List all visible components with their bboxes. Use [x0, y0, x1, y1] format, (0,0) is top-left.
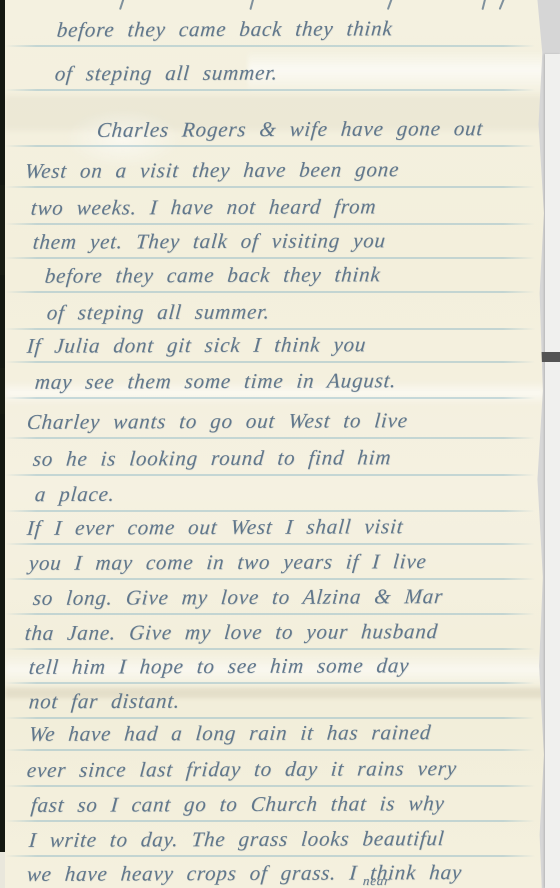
handwritten-text: If I ever come out West I shall visit — [26, 511, 405, 543]
cutoff-stroke — [119, 0, 125, 10]
handwritten-text: tell him I hope to see him some day — [28, 650, 411, 682]
handwritten-text: of steping all summer. — [54, 58, 280, 89]
handwritten-text: We have had a long rain it has rained — [28, 717, 433, 749]
letter-line: of steping all summer. — [5, 58, 535, 91]
background-dark-band — [541, 352, 560, 362]
handwritten-text: may see them some time in August. — [34, 365, 398, 397]
letter-line: so long. Give my love to Alzina & Mar — [5, 582, 535, 615]
handwritten-text: two weeks. I have not heard from — [30, 191, 378, 223]
handwritten-text: them yet. They talk of visiting you — [32, 225, 387, 257]
handwritten-text: of steping all summer. — [46, 297, 272, 328]
letter-line: of steping all summer. — [5, 297, 535, 330]
cutoff-stroke — [387, 0, 393, 10]
handwritten-text: tha Jane. Give my love to your husband — [24, 616, 440, 648]
handwritten-text: before they came back they think — [44, 259, 382, 290]
letter-line: West on a visit they have been gone — [5, 155, 535, 188]
handwritten-text: Charley wants to go out West to live — [26, 405, 410, 437]
handwritten-text: we have heavy crops of grass. I think ha… — [26, 857, 464, 888]
letter-line: fast so I cant go to Church that is why — [5, 789, 535, 822]
handwritten-text: fast so I cant go to Church that is why — [30, 788, 446, 820]
letter-page: before they came back they think of step… — [5, 0, 545, 888]
handwritten-text: If Julia dont git sick I think you — [26, 329, 368, 360]
letter-line: before they came back they think — [5, 14, 535, 47]
letter-line: not far distant. — [5, 686, 535, 719]
letter-line: you I may come in two years if I live — [5, 547, 535, 580]
background-sheet-edge — [545, 54, 560, 888]
letter-line: tha Jane. Give my love to your husband — [5, 617, 535, 650]
handwritten-text: ever since last friday to day it rains v… — [26, 753, 458, 785]
letter-line: them yet. They talk of visiting you — [5, 226, 535, 259]
inserted-word: near — [362, 874, 390, 888]
handwritten-text: Charles Rogers & wife have gone out — [96, 113, 485, 145]
letter-line: If Julia dont git sick I think you — [5, 330, 535, 363]
handwritten-text: a place. — [34, 479, 116, 509]
handwritten-text: West on a visit they have been gone — [24, 154, 401, 186]
letter-line: tell him I hope to see him some day — [5, 651, 535, 684]
letter-line: We have had a long rain it has rained — [5, 718, 535, 751]
handwritten-text: so he is looking round to find him — [32, 442, 393, 474]
handwritten-text: so long. Give my love to Alzina & Mar — [32, 581, 445, 613]
handwritten-text: you I may come in two years if I live — [28, 546, 428, 578]
letter-line: I write to day. The grass looks beautifu… — [5, 824, 535, 857]
handwritten-text: before they came back they think — [56, 13, 394, 44]
cutoff-stroke — [499, 0, 506, 10]
letter-line: a place. — [5, 479, 535, 512]
handwritten-text: not far distant. — [28, 686, 182, 717]
letter-line: two weeks. I have not heard from — [5, 192, 535, 225]
letter-line: we have heavy crops of grass. I think ha… — [5, 858, 535, 888]
letter-line: ever since last friday to day it rains v… — [5, 754, 535, 787]
letter-line: Charles Rogers & wife have gone out — [5, 114, 535, 147]
letter-line: before they came back they think — [5, 260, 535, 293]
letter-line: Charley wants to go out West to live — [5, 406, 535, 439]
letter-line: may see them some time in August. — [5, 366, 535, 399]
letter-line: If I ever come out West I shall visit — [5, 512, 535, 545]
handwritten-text: I write to day. The grass looks beautifu… — [28, 823, 446, 855]
letter-line: so he is looking round to find him — [5, 443, 535, 476]
cutoff-stroke — [481, 0, 486, 10]
cutoff-stroke — [249, 0, 254, 10]
